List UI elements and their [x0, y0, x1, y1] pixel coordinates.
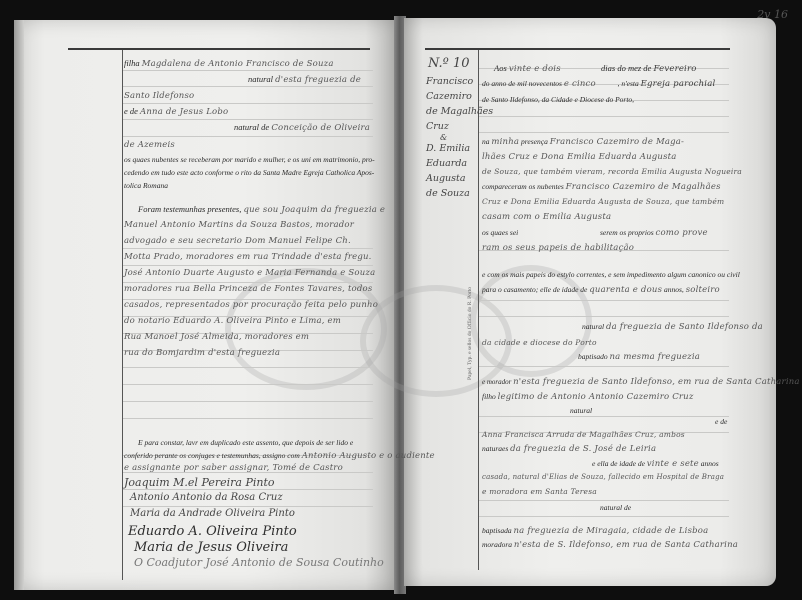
right-hand-line: de Souza, que também vieram, recorda Emi… [482, 167, 742, 176]
folio-number: 2v 16 [757, 8, 788, 21]
rule [123, 119, 373, 120]
handwritten-text: da freguezia de Santo Ildefonso da [606, 322, 763, 332]
rule [123, 86, 373, 87]
right-line-parents-natural: naturaes da freguezia de S. José de Leir… [482, 444, 656, 454]
printed-label: moradora [482, 540, 512, 549]
entry-number: N.º 10 [428, 56, 469, 71]
right-line-presence: na minha presença Francisco Cazemiro de … [482, 137, 684, 147]
right-hand-line: casada, natural d'Elias de Souza, fallec… [482, 473, 724, 481]
rule [123, 506, 373, 507]
handwritten-text: Anna de Jesus Lobo [140, 107, 228, 117]
handwritten-text: Fevereiro [653, 64, 696, 74]
printed-label: filha [124, 58, 140, 68]
right-hand-line: da cidade e diocese do Porto [482, 338, 597, 347]
handwritten-text: solteiro [686, 285, 720, 295]
printed-label: , n'esta [618, 79, 639, 88]
handwritten-text: Antonio Augusto e o audiente [302, 451, 435, 461]
left-line-formula-1: os quaes nubentes se receberam por marid… [124, 155, 375, 164]
printed-label: natural [582, 322, 604, 331]
right-hand-line: casam com o Emilia Augusta [482, 212, 611, 222]
handwritten-text: Magdalena de Antonio Francisco de Souza [142, 59, 334, 69]
witnesses-label: Foram testemunhas presentes, [138, 204, 241, 214]
handwritten-text: na mesma freguezia [609, 352, 700, 362]
left-line-formula-2: cedendo em tudo este acto conforme o rit… [124, 168, 374, 177]
printed-label: e de [124, 106, 138, 116]
printed-label: natural de [234, 122, 269, 132]
handwritten-text: como prove [656, 228, 708, 238]
handwritten-text: que sou Joaquim da freguezia e [243, 205, 385, 215]
printed-label: natural [248, 74, 273, 84]
left-line-natural: natural d'esta freguezia de [248, 74, 361, 85]
rule [123, 489, 373, 490]
printed-label: filho [482, 392, 496, 401]
rule [479, 316, 729, 317]
left-line-filha: filha Magdalena de Antonio Francisco de … [124, 58, 334, 69]
printed-label: presença [521, 137, 548, 146]
rule [123, 418, 373, 419]
rule [123, 70, 373, 71]
bride-name-margin: D. Emilia [426, 141, 470, 156]
rule [479, 132, 729, 133]
printed-text: cedendo em tudo este acto conforme o rit… [124, 168, 374, 177]
right-line-bride-baptised: baptisada na freguezia de Miragaia, cida… [482, 526, 708, 536]
witness-line: Motta Prado, moradores em rua Trindade d… [124, 252, 372, 262]
handwritten-text: Francisco Cazemiro de Magalhães [566, 182, 721, 192]
groom-name-margin: Cazemiro [426, 89, 472, 104]
right-hand-line: Cruz e Dona Emilia Eduarda Augusta de So… [482, 197, 724, 206]
handwritten-text: legitimo de Antonio Antonio Cazemiro Cru… [498, 392, 694, 402]
rule [123, 265, 373, 266]
witness-line: rua do Bomjardim d'esta freguezia [124, 348, 280, 358]
signature: Maria da Andrade Oliveira Pinto [130, 508, 295, 519]
handwritten-text: Egreja parochial [641, 79, 716, 89]
handwritten-text: quarenta e dous [589, 285, 662, 295]
right-line-father-natural: natural [570, 406, 592, 415]
right-line-parish: de Santo Ildefonso, da Cidade e Diocese … [482, 95, 634, 104]
groom-name-margin: Francisco [426, 74, 473, 89]
witness-line: do notario Eduardo A. Oliveira Pinto e L… [124, 316, 341, 326]
right-hand-line: lhães Cruz e Dona Emilia Eduarda Augusta [482, 152, 677, 162]
left-line-mother: e de Anna de Jesus Lobo [124, 106, 228, 117]
left-line-mother-natural: natural de Conceição de Oliveira [234, 122, 370, 133]
handwritten-text: da freguezia de S. José de Leiria [510, 444, 656, 454]
signature: Antonio Antonio da Rosa Cruz [130, 492, 283, 503]
witness-line: Rua Manoel José Almeida, moradores em [124, 332, 309, 342]
right-line-groom-residence: e morador n'esta freguezia de Santo Ilde… [482, 377, 800, 387]
closing-formula-1: E para constar, lavr em duplicado este a… [138, 438, 353, 447]
witness-line: moradores rua Bella Princeza de Fontes T… [124, 284, 372, 294]
signature: Joaquim M.el Pereira Pinto [124, 476, 275, 489]
printed-label: baptisado [578, 352, 608, 361]
printed-label: annos, [664, 285, 684, 294]
printed-label: do anno de mil novecentos [482, 79, 562, 88]
rule [123, 384, 373, 385]
handwritten-text: Santo Ildefonso [124, 91, 194, 101]
printed-text: os quaes nubentes se receberam por marid… [124, 155, 375, 164]
rule [479, 300, 729, 301]
rule [123, 248, 373, 249]
left-line-parish: Santo Ildefonso [124, 90, 194, 101]
right-line-bride-age: e ella de idade de vinte e sete annos [592, 459, 719, 469]
right-line-groom-age: para o casamento; elle de idade de quare… [482, 285, 720, 295]
printed-label: naturaes [482, 444, 508, 453]
witness-line: casados, representados por procuração fe… [124, 300, 378, 310]
right-line-papers: e com os mais papeis do estylo correntes… [482, 270, 740, 279]
handwritten-text: Francisco Cazemiro de Maga- [550, 137, 684, 147]
signature: Maria de Jesus Oliveira [134, 540, 288, 555]
right-header-rule [425, 48, 730, 50]
signature: O Coadjutor José Antonio de Sousa Coutin… [134, 556, 384, 569]
rule [123, 401, 373, 402]
right-line-e-de: e de [715, 417, 727, 426]
watermark-stamp-right [470, 265, 592, 377]
handwritten-text: na freguezia de Miragaia, cidade de Lisb… [513, 526, 708, 536]
handwritten-text: vinte e dois [509, 64, 561, 74]
left-line-mother-place: de Azemeis [124, 139, 175, 150]
right-line-date-year: do anno de mil novecentos e cinco , n'es… [482, 79, 715, 89]
rule [479, 500, 729, 501]
handwritten-text: de Azemeis [124, 140, 175, 150]
rule [479, 516, 729, 517]
printed-label: compareceram os nubentes [482, 182, 564, 191]
printed-label: e ella de idade de [592, 459, 645, 468]
handwritten-text: vinte e sete [647, 459, 699, 469]
printed-label: baptisada [482, 526, 512, 535]
handwritten-text: e cinco [564, 79, 596, 89]
right-line-os-quaes: os quaes sei serem os proprios como prov… [482, 228, 708, 238]
printed-label: dias do mez de [601, 63, 651, 73]
handwritten-text: n'esta de S. Ildefonso, em rua de Santa … [514, 540, 738, 550]
rule [479, 116, 729, 117]
margin-stamp-text: Papel, Typ. e sellos do Officio do R. Po… [467, 287, 473, 380]
signature: Eduardo A. Oliveira Pinto [128, 524, 297, 539]
handwritten-text: n'esta freguezia de Santo Ildefonso, em … [513, 377, 800, 387]
printed-text: tolica Romana [124, 181, 168, 190]
printed-label: Aos [494, 63, 507, 73]
right-line-nubentes: compareceram os nubentes Francisco Cazem… [482, 182, 721, 192]
left-margin-line [122, 50, 123, 580]
right-line-date-day: Aos vinte e dois dias do mez de Fevereir… [494, 63, 697, 74]
bride-name-margin: Augusta [426, 171, 466, 186]
printed-label: os quaes sei [482, 228, 518, 237]
witness-line: advogado e seu secretario Dom Manuel Fel… [124, 236, 351, 246]
rule [123, 367, 373, 368]
handwritten-text: Conceição de Oliveira [271, 123, 370, 133]
printed-label: serem os proprios [600, 228, 654, 237]
printed-label: e morador [482, 378, 511, 386]
rule [479, 366, 729, 367]
printed-label: para o casamento; elle de idade de [482, 285, 587, 294]
bride-name-margin: de Souza [426, 186, 470, 201]
rule [123, 282, 373, 283]
printed-text: conferido perante os conjuges e testemun… [124, 451, 300, 460]
bride-name-margin: Eduarda [426, 156, 467, 171]
right-hand-line: e moradora em Santa Teresa [482, 487, 597, 496]
right-line-groom-baptised: baptisado na mesma freguezia [578, 352, 700, 362]
closing-formula-2: conferido perante os conjuges e testemun… [124, 451, 435, 461]
witness-line: Manuel Antonio Martins da Souza Bastos, … [124, 220, 354, 230]
right-line-bride-natural: natural de [600, 503, 631, 512]
handwritten-text: d'esta freguezia de [275, 75, 361, 85]
left-header-rule [68, 48, 370, 50]
left-line-formula-3: tolica Romana [124, 181, 168, 190]
rule [479, 416, 729, 417]
witness-line: José Antonio Duarte Augusto e Maria Fern… [124, 268, 375, 278]
right-margin-line [478, 50, 479, 570]
book-scan: filha Magdalena de Antonio Francisco de … [0, 0, 802, 600]
handwritten-text: minha [491, 137, 519, 147]
rule [123, 103, 373, 104]
left-page-edge [14, 20, 24, 590]
right-hand-line: Anna Francisca Arruda de Magalhães Cruz,… [482, 430, 685, 439]
right-line-groom-natural: natural da freguezia de Santo Ildefonso … [582, 322, 763, 332]
right-hand-line: ram os seus papeis de habilitação [482, 243, 634, 253]
right-line-bride-residence: moradora n'esta de S. Ildefonso, em rua … [482, 540, 738, 550]
printed-label: na [482, 137, 490, 146]
left-witnesses-line: Foram testemunhas presentes, que sou Joa… [138, 204, 385, 215]
rule [123, 136, 373, 137]
closing-hand-line: e assignante por saber assignar, Tomé de… [124, 463, 343, 473]
right-line-groom-parents: filho legitimo de Antonio Antonio Cazemi… [482, 392, 694, 402]
printed-label: annos [701, 459, 719, 468]
